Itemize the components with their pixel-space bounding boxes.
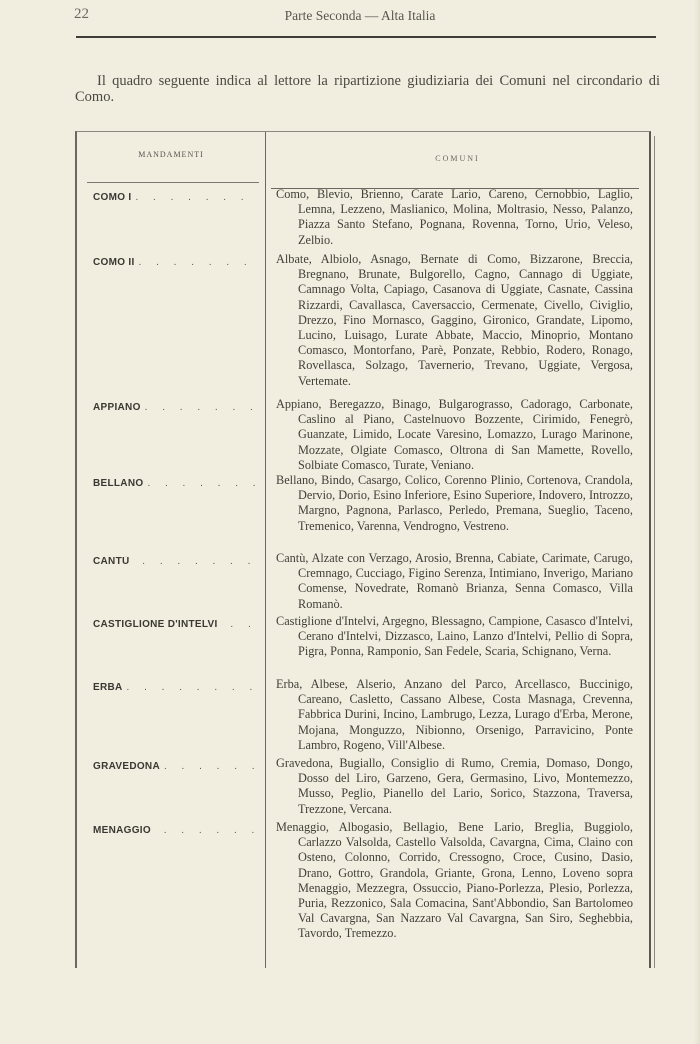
intro-paragraph: Il quadro seguente indica al lettore la … [75,73,660,105]
mandamento-name: APPIANO [93,402,141,413]
dot-leader: . . . . . . . . [135,192,258,203]
column-divider [265,132,266,968]
dot-leader: . . . . . . . [134,556,257,567]
mandamento-cell: MENAGGIO . . . . . . [93,825,258,836]
header-rule-left [87,182,259,183]
mandamento-cell: GRAVEDONA. . . . . . [93,761,258,772]
running-head: Parte Seconda — Alta Italia [0,8,700,24]
mandamento-cell: BELLANO. . . . . . . [93,478,258,489]
dot-leader: . . . . . . . [147,478,258,489]
column-header-comuni: COMUNI [266,132,649,177]
comuni-cell: Castiglione d'Intelvi, Argegno, Blessagn… [276,614,633,660]
comuni-cell: Albate, Albiolo, Asnago, Bernate di Como… [276,252,633,389]
comuni-cell: Erba, Albese, Alserio, Anzano del Parco,… [276,677,633,753]
comuni-cell: Appiano, Beregazzo, Binago, Bulgarograss… [276,397,633,473]
mandamento-cell: COMO I. . . . . . . . [93,192,258,203]
mandamento-name: COMO II [93,257,135,268]
mandamento-name: CANTÙ [93,556,130,567]
dot-leader: . . . . . . . [139,257,253,268]
comuni-cell: Gravedona, Bugiallo, Consiglio di Rumo, … [276,756,633,817]
comuni-cell: Bellano, Bindo, Casargo, Colico, Corenno… [276,473,633,534]
header-rule [76,36,656,38]
mandamento-name: COMO I [93,192,131,203]
column-header-mandamenti: MANDAMENTI [77,132,265,177]
comuni-cell: Como, Blevio, Brienno, Carate Lario, Car… [276,187,633,248]
dot-leader: . . . . . . [164,761,258,772]
mandamento-cell: COMO II. . . . . . . [93,257,258,268]
mandamento-name: ERBA [93,682,123,693]
mandamento-name: BELLANO [93,478,143,489]
comuni-cell: Cantù, Alzate con Verzago, Arosio, Brenn… [276,551,633,612]
mandamento-name: MENAGGIO [93,825,151,836]
page-edge-shadow [694,0,700,1044]
mandamento-cell: APPIANO. . . . . . . [93,402,258,413]
dot-leader: . . . . . . . [145,402,258,413]
mandamento-name: CASTIGLIONE D'INTELVI [93,619,218,630]
mandamento-cell: ERBA. . . . . . . . [93,682,258,693]
mandamento-name: GRAVEDONA [93,761,160,772]
mandamenti-table: MANDAMENTI COMUNI COMO I. . . . . . . . … [75,131,651,968]
dot-leader: . . [222,619,257,630]
mandamento-cell: CANTÙ . . . . . . . [93,556,258,567]
dot-leader: . . . . . . . . [127,682,258,693]
mandamento-cell: CASTIGLIONE D'INTELVI . . [93,619,258,630]
comuni-cell: Menaggio, Albogasio, Bellagio, Bene Lari… [276,820,633,942]
dot-leader: . . . . . . [155,825,258,836]
